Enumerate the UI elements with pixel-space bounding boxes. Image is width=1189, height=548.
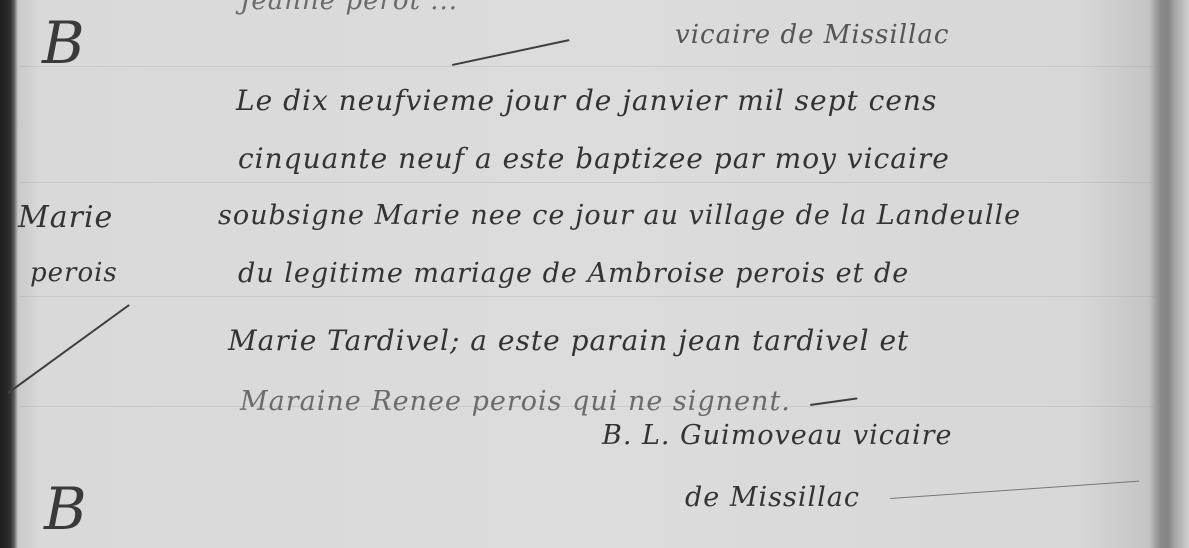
margin-child-name: Marie xyxy=(18,200,113,235)
margin-letter-baptism-next: B xyxy=(44,480,87,538)
pen-flourish xyxy=(452,39,570,66)
record-line-3: soubsigne Marie nee ce jour au village d… xyxy=(218,200,1021,231)
priest-signature-parish: de Missillac xyxy=(685,482,860,513)
record-line-6: Maraine Renee perois qui ne signent. xyxy=(240,386,791,417)
ruling-line xyxy=(20,182,1159,183)
ruling-line xyxy=(20,66,1159,67)
binding-edge xyxy=(1148,0,1174,548)
priest-signature: B. L. Guimoveau vicaire xyxy=(602,420,952,451)
previous-entry-fragment: Jeanne perot ... xyxy=(240,0,458,16)
record-line-5: Marie Tardivel; a este parain jean tardi… xyxy=(228,324,909,357)
record-line-4: du legitime mariage de Ambroise perois e… xyxy=(238,258,909,289)
record-line-1: Le dix neufvieme jour de janvier mil sep… xyxy=(236,84,937,117)
record-line-2: cinquante neuf a este baptizee par moy v… xyxy=(238,142,950,175)
signature-underline xyxy=(890,481,1139,499)
previous-entry-signature: vicaire de Missillac xyxy=(675,20,949,50)
ruling-line xyxy=(20,296,1159,297)
register-page: Jeanne perot ... vicaire de Missillac B … xyxy=(0,0,1189,548)
margin-slash xyxy=(7,304,130,394)
margin-family-name: perois xyxy=(30,258,118,288)
pen-flourish xyxy=(810,397,858,406)
margin-letter-baptism: B xyxy=(42,14,85,72)
